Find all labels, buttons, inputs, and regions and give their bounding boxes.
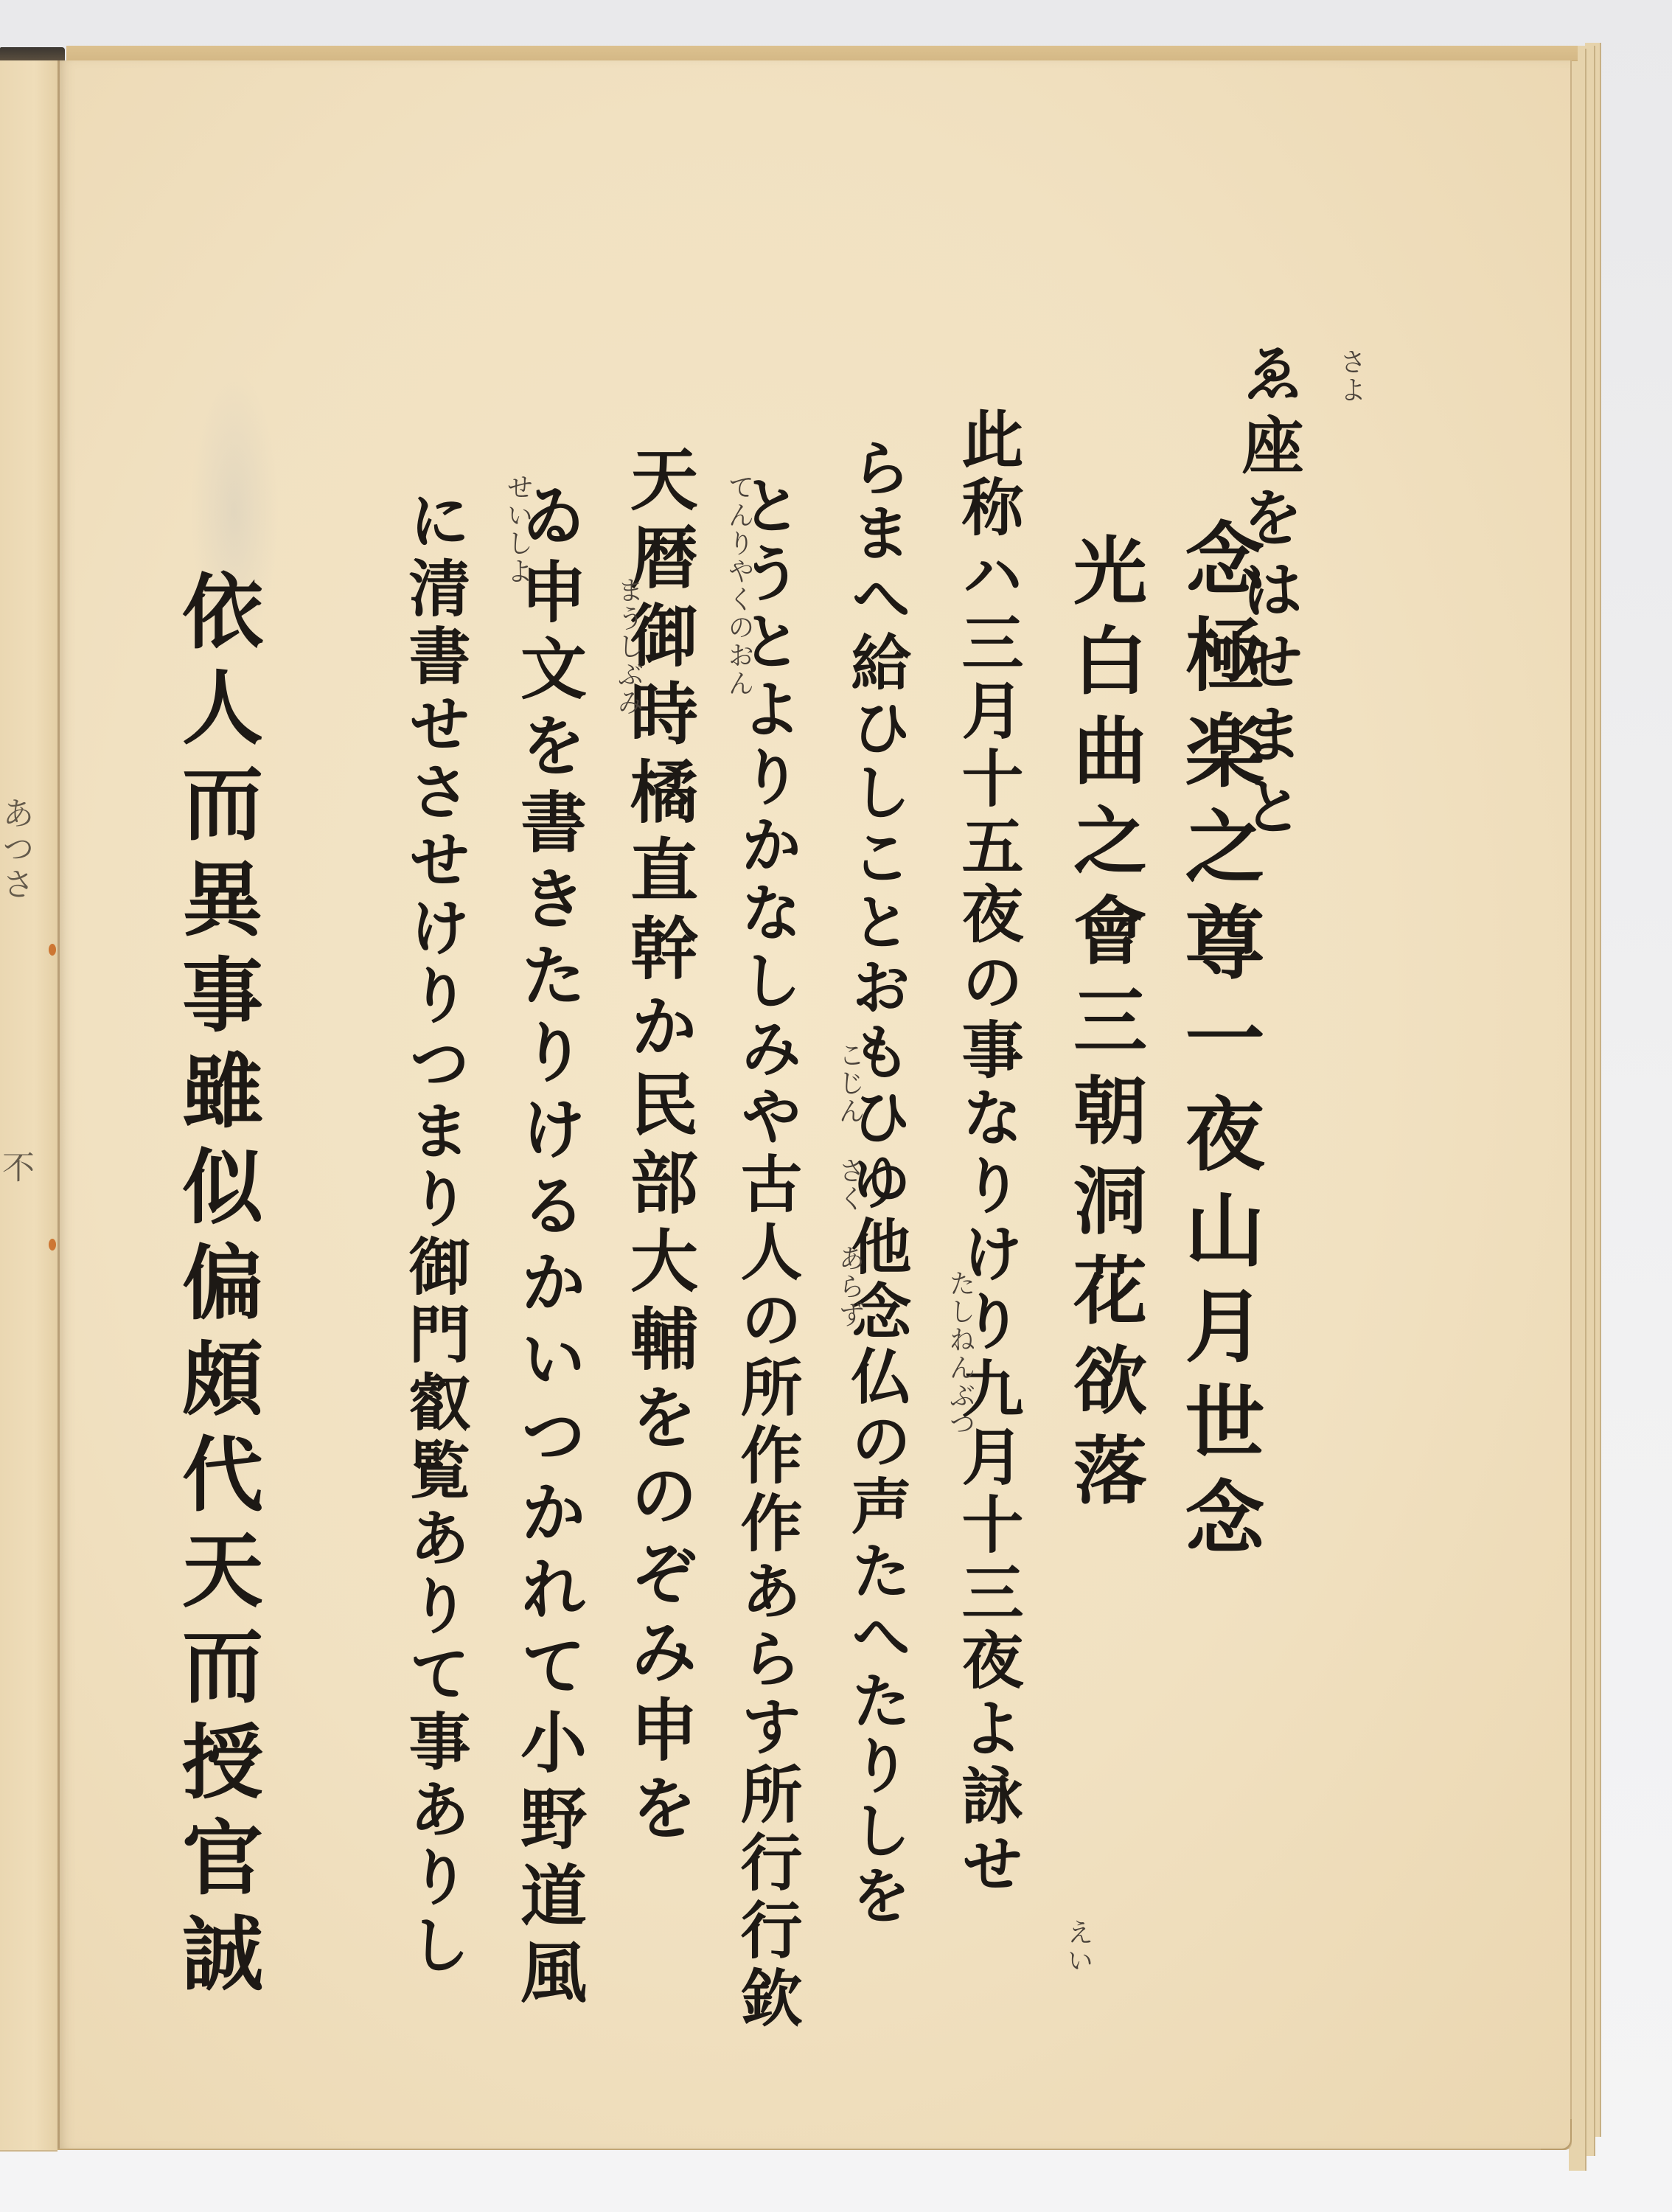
text-column: 光白曲之會三朝洞花欲落 (1067, 532, 1141, 1522)
text-column: 依人而異事雖似偏頗代天而授官誠 (175, 569, 257, 2007)
ruby-text: まうしぶみ (613, 577, 644, 717)
ruby-text: こじん さく あらず (835, 1041, 865, 1329)
text-column: ゐ申文を書きたりけるかいつかれて小野道風 (515, 481, 581, 2014)
ruby-text: さよ (1336, 348, 1366, 404)
page-corner (1541, 2119, 1572, 2150)
top-page-edge (66, 46, 1578, 61)
furigana: たしねんぶつ (920, 1270, 1000, 1438)
text-column: とうとよりかなしみや古人の所作作あらす所行行欽 (736, 473, 798, 2034)
column-text: に清書せさせけりつまり御門叡覧ありて事ありし (399, 488, 472, 1980)
furigana: てんりやくのおん (699, 473, 778, 698)
column-text: 依人而異事雖似偏頗代天而授官誠 (169, 569, 264, 2007)
ruby-text: てんりやくのおん (724, 473, 754, 698)
ruby-text: えい (1063, 1919, 1093, 1975)
furigana: こじん さく あらず (809, 1041, 889, 1329)
text-column: に清書せさせけりつまり御門叡覧ありて事ありし (404, 488, 466, 1980)
furigana: さよ (1311, 348, 1390, 404)
text-column: 念極楽之尊一夜山月世念 (1178, 518, 1258, 1572)
furigana: えい (1038, 1919, 1118, 1975)
column-text: 念極楽之尊一夜山月世念 (1171, 518, 1264, 1572)
left-page-text: あつさ (0, 796, 29, 902)
manuscript-page: ゑ座をはせまと 念極楽之尊一夜山月世念 光白曲之會三朝洞花欲落 此称ハ三月十五夜… (58, 60, 1572, 2150)
stain-mark (49, 944, 56, 956)
furigana: せいしよ (478, 473, 557, 585)
binding-cap (0, 47, 65, 60)
column-text: 此称ハ三月十五夜の事なりけり九月十三夜よ詠せ (952, 407, 1025, 1899)
text-column: 此称ハ三月十五夜の事なりけり九月十三夜よ詠せ (957, 407, 1019, 1899)
column-text: ゐ申文を書きたりけるかいつかれて小野道風 (509, 481, 587, 2014)
text-columns: ゑ座をはせまと 念極楽之尊一夜山月世念 光白曲之會三朝洞花欲落 此称ハ三月十五夜… (58, 60, 1570, 2149)
previous-page-edge: あつさ 不 (0, 59, 58, 2152)
column-text: 光白曲之會三朝洞花欲落 (1061, 532, 1148, 1522)
ruby-text: たしねんぶつ (945, 1270, 975, 1438)
furigana: まうしぶみ (588, 577, 668, 717)
stain-mark (49, 1239, 56, 1251)
left-page-text: 不 (0, 1150, 29, 1186)
column-text: とうとよりかなしみや古人の所作作あらす所行行欽 (731, 473, 804, 2034)
ruby-text: せいしよ (503, 473, 533, 585)
